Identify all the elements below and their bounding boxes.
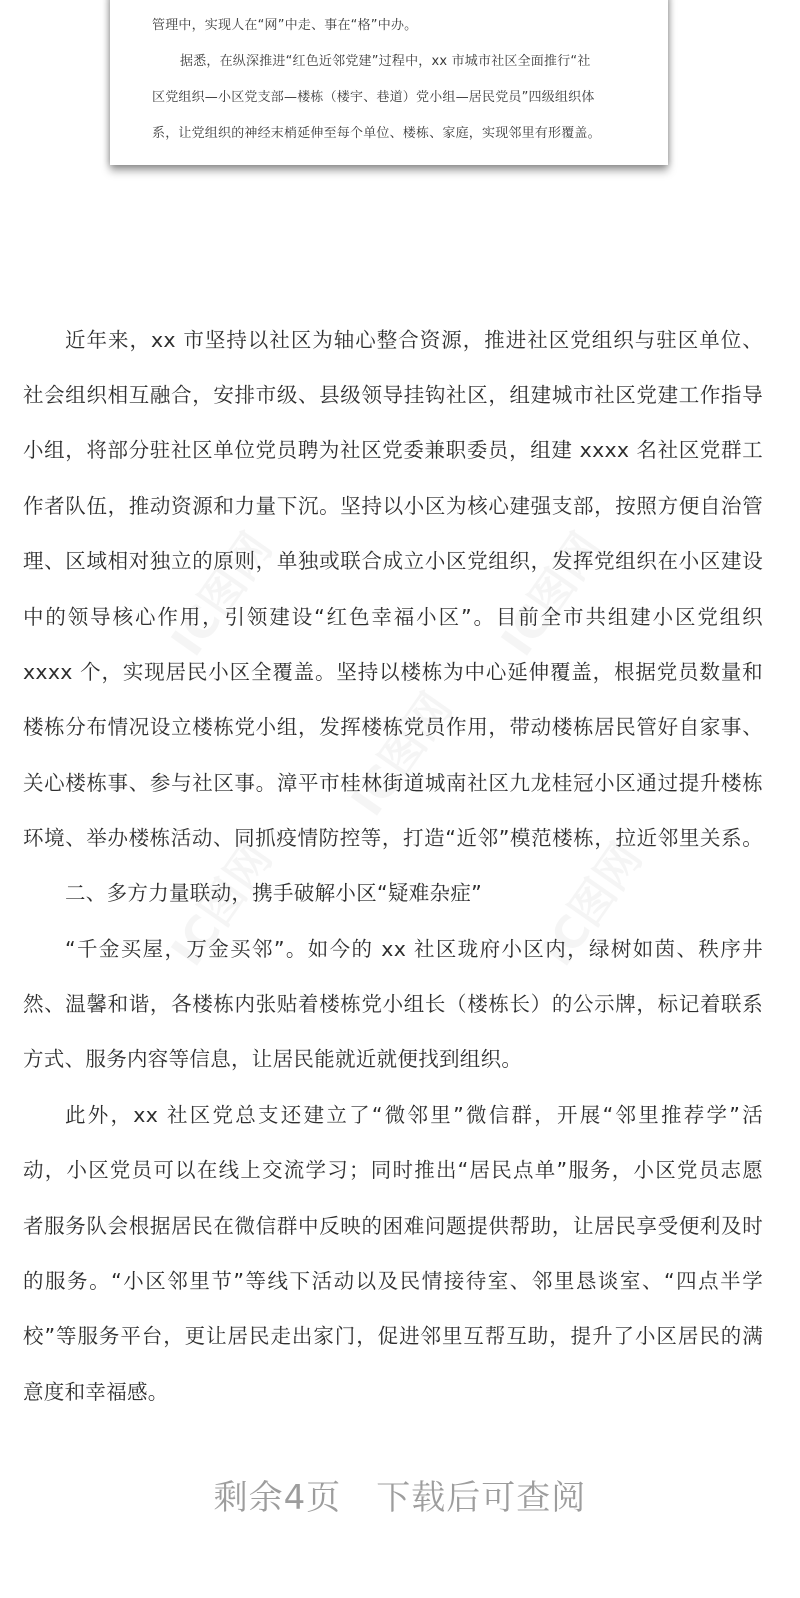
paragraph-line: 方式、服务内容等信息，让居民能就近就便找到组织。: [23, 1047, 763, 1071]
paragraph-line: 此外，xx 社区党总支还建立了“微邻里”微信群，开展“邻里推荐学”活: [65, 1103, 763, 1127]
paragraph-line: 关心楼栋事、参与社区事。漳平市桂林街道城南社区九龙桂冠小区通过提升楼栋: [23, 771, 763, 795]
paragraph-line: 近年来，xx 市坚持以社区为轴心整合资源，推进社区党组织与驻区单位、: [65, 328, 763, 352]
watermark: IC图网: [333, 678, 464, 827]
section-heading: 二、多方力量联动，携手破解小区“疑难杂症”: [65, 881, 763, 905]
card-text-line: 管理中，实现人在“网”中走、事在“格”中办。: [152, 14, 638, 33]
paragraph-line: 校”等服务平台，更让居民走出家门，促进邻里互帮互助，提升了小区居民的满: [23, 1324, 763, 1348]
download-to-read-more-link[interactable]: 剩余4页 下载后可查阅: [0, 1470, 800, 1519]
paragraph-line: 然、温馨和谐，各楼栋内张贴着楼栋党小组长（楼栋长）的公示牌，标记着联系: [23, 992, 763, 1016]
paragraph-line: 的服务。“小区邻里节”等线下活动以及民情接待室、邻里恳谈室、“四点半学: [23, 1269, 763, 1293]
watermark: IC图网: [153, 518, 284, 667]
paragraph-line: xxxx 个，实现居民小区全覆盖。坚持以楼栋为中心延伸覆盖，根据党员数量和: [23, 660, 763, 684]
card-text-line: 据悉，在纵深推进“红色近邻党建”过程中，xx 市城市社区全面推行“社: [180, 50, 638, 69]
paragraph-line: “千金买屋，万金买邻”。如今的 xx 社区珑府小区内，绿树如茵、秩序井: [65, 937, 763, 961]
page-preview-card: 管理中，实现人在“网”中走、事在“格”中办。 据悉，在纵深推进“红色近邻党建”过…: [110, 0, 668, 165]
paragraph-line: 社会组织相互融合，安排市级、县级领导挂钩社区，组建城市社区党建工作指导: [23, 383, 763, 407]
paragraph-line: 环境、举办楼栋活动、同抓疫情防控等，打造“近邻”模范楼栋，拉近邻里关系。: [23, 826, 763, 850]
paragraph-line: 者服务队会根据居民在微信群中反映的困难问题提供帮助，让居民享受便利及时: [23, 1214, 763, 1238]
paragraph-line: 理、区域相对独立的原则，单独或联合成立小区党组织，发挥党组织在小区建设: [23, 549, 763, 573]
paragraph-line: 作者队伍，推动资源和力量下沉。坚持以小区为核心建强支部，按照方便自治管: [23, 494, 763, 518]
paragraph-line: 中的领导核心作用，引领建设“红色幸福小区”。目前全市共组建小区党组织: [23, 605, 763, 629]
card-text-line: 区党组织—小区党支部—楼栋（楼宇、巷道）党小组—居民党员”四级组织体: [152, 86, 638, 105]
paragraph-line: 意度和幸福感。: [23, 1380, 763, 1404]
watermark: IC图网: [483, 518, 614, 667]
paragraph-line: 动，小区党员可以在线上交流学习；同时推出“居民点单”服务，小区党员志愿: [23, 1158, 763, 1182]
paragraph-line: 小组，将部分驻社区单位党员聘为社区党委兼职委员，组建 xxxx 名社区党群工: [23, 438, 763, 462]
paragraph-line: 楼栋分布情况设立楼栋党小组，发挥楼栋党员作用，带动楼栋居民管好自家事、: [23, 715, 763, 739]
card-text-line: 系，让党组织的神经末梢延伸至每个单位、楼栋、家庭，实现邻里有形覆盖。: [152, 122, 638, 141]
